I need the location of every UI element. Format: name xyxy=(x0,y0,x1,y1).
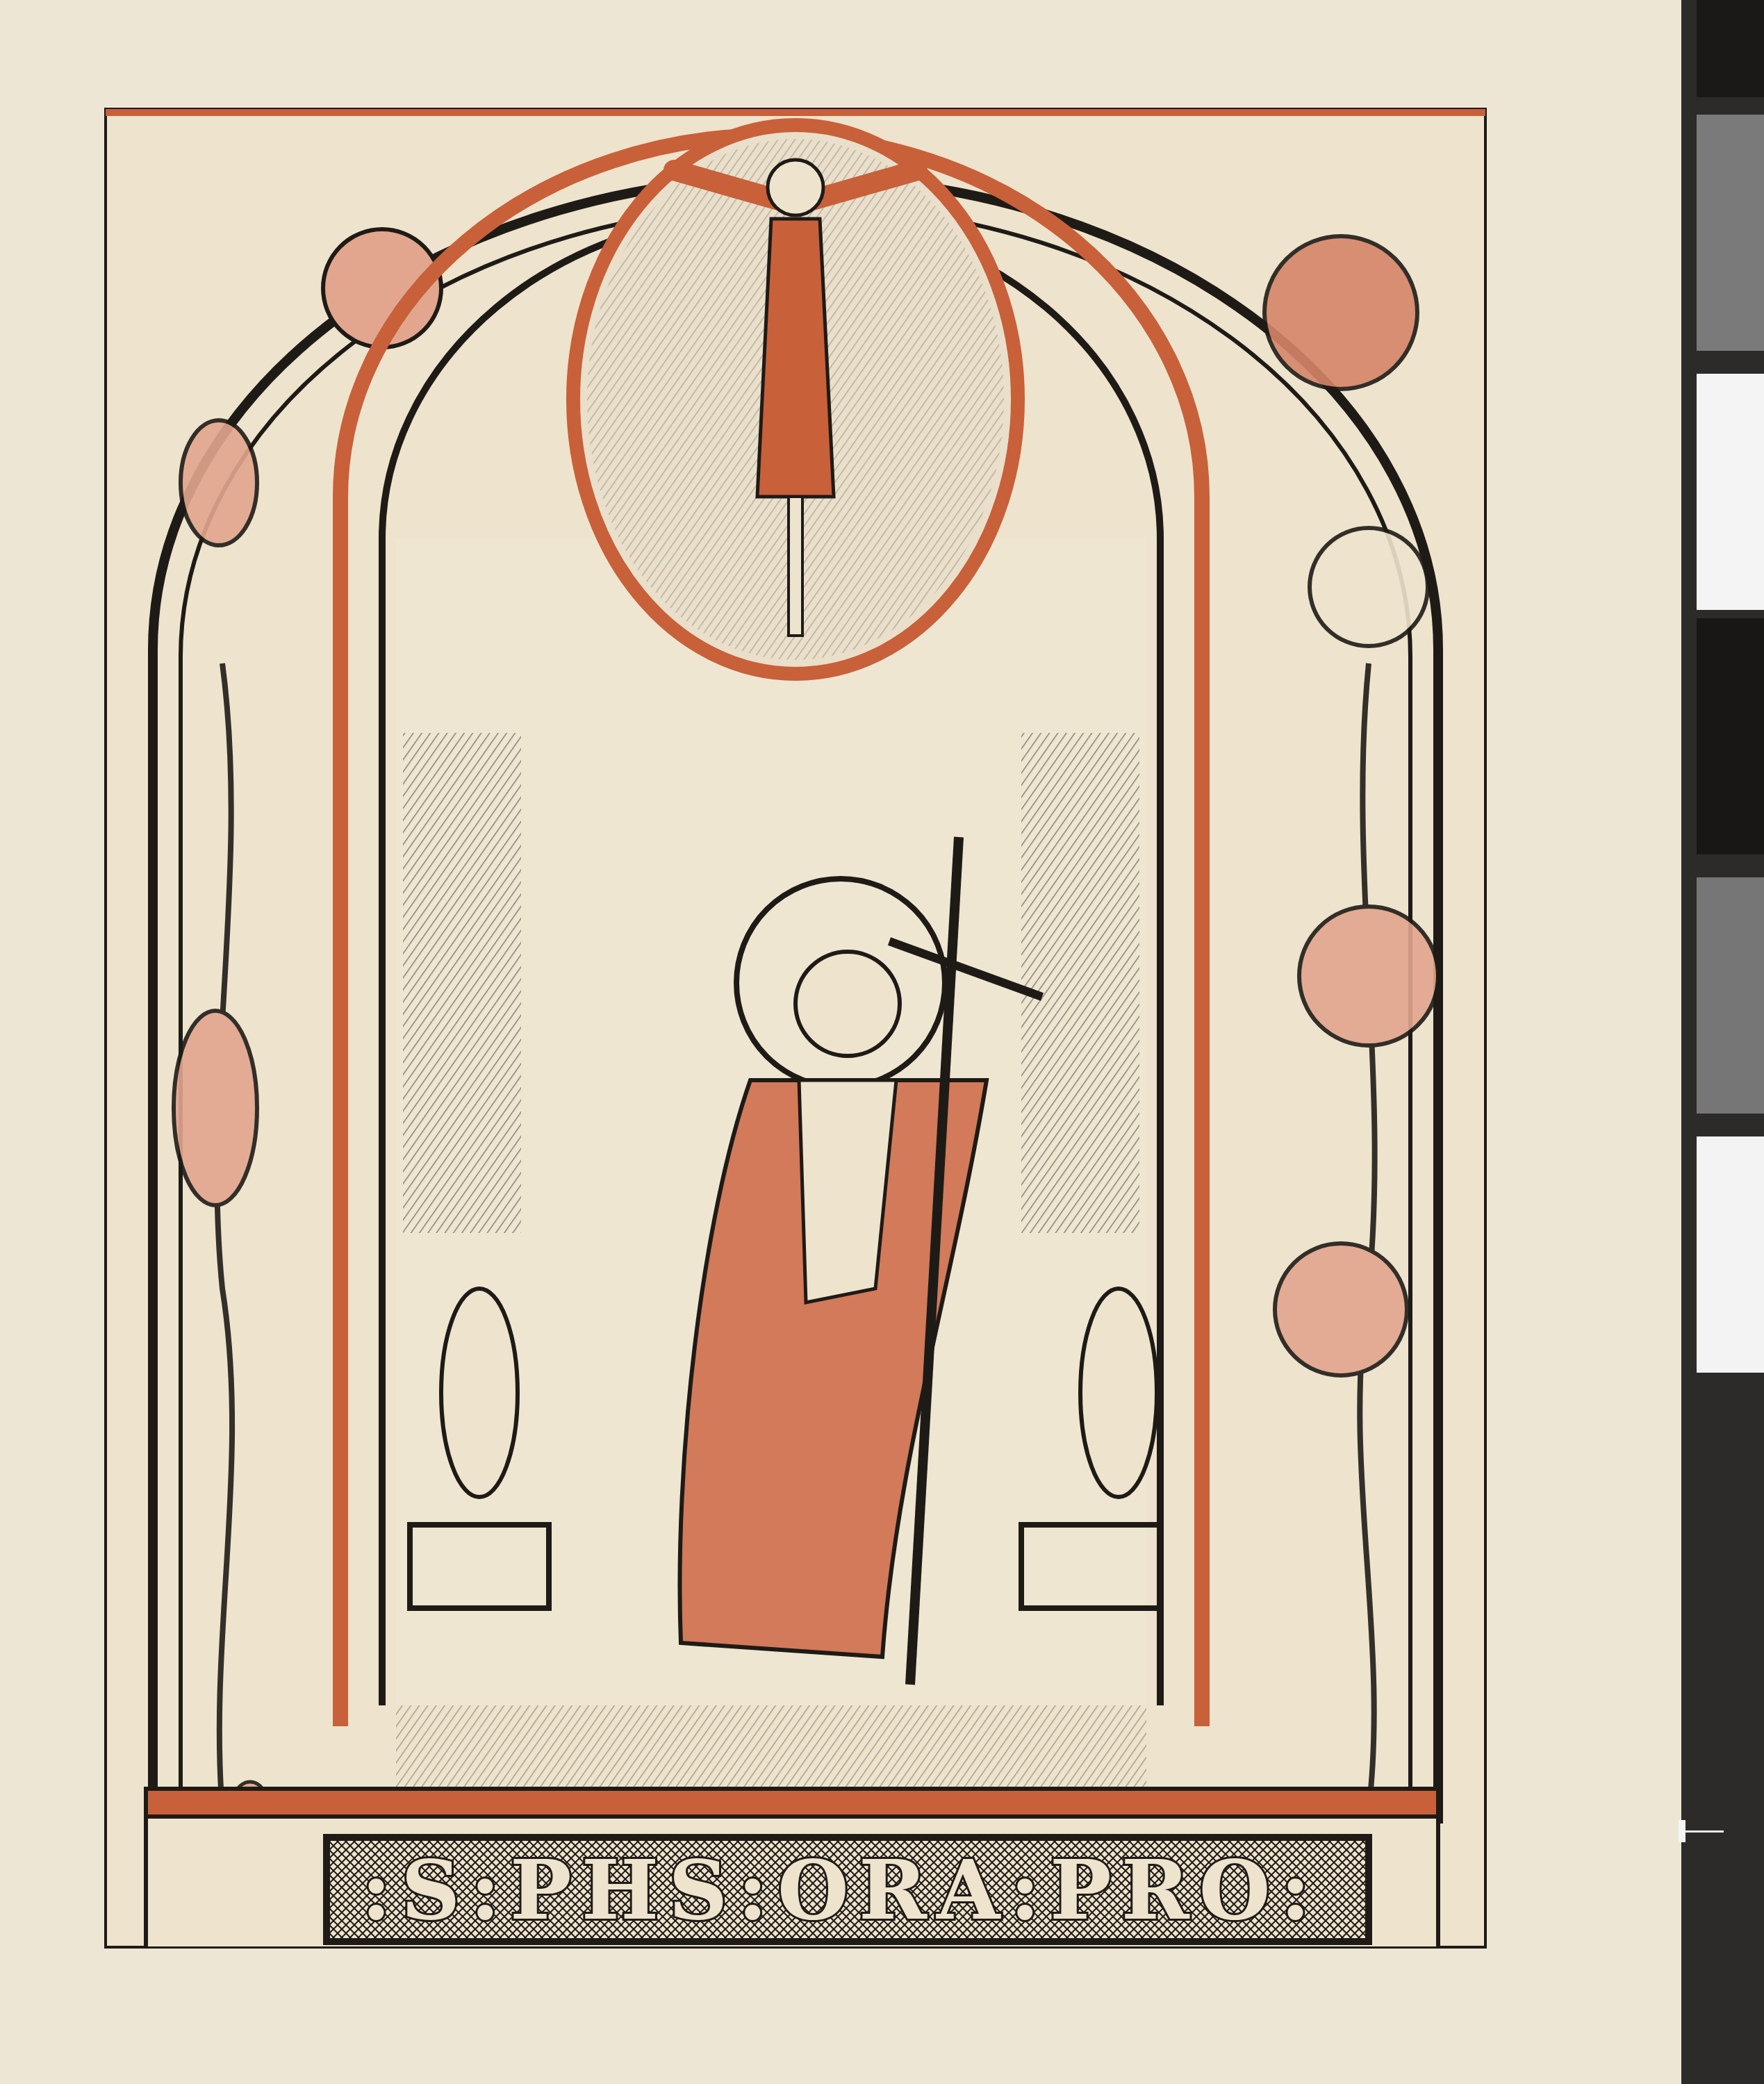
left-pillar xyxy=(403,733,521,1233)
floor xyxy=(396,1705,1146,1789)
calibration-patch-grey xyxy=(1697,115,1764,351)
red-ledge xyxy=(146,1789,1438,1817)
right-putto xyxy=(1080,1289,1157,1497)
scale-tick-mark xyxy=(1679,1820,1685,1842)
calibration-patch-black xyxy=(1697,0,1764,97)
scale-tick-line xyxy=(1685,1830,1724,1833)
inscription-text: :S:PHS:ORA:PRO: xyxy=(327,1839,1355,1940)
left-putto xyxy=(441,1289,518,1497)
right-pillar xyxy=(1021,733,1139,1233)
calibration-patch-white xyxy=(1697,1136,1764,1373)
calibration-patch-black xyxy=(1697,618,1764,854)
calibration-patch-grey xyxy=(1697,877,1764,1114)
saint-head xyxy=(796,952,900,1056)
calibration-patch-white xyxy=(1697,374,1764,610)
crucified-saint-robe xyxy=(757,219,834,497)
woodcut-print xyxy=(104,108,1487,1949)
